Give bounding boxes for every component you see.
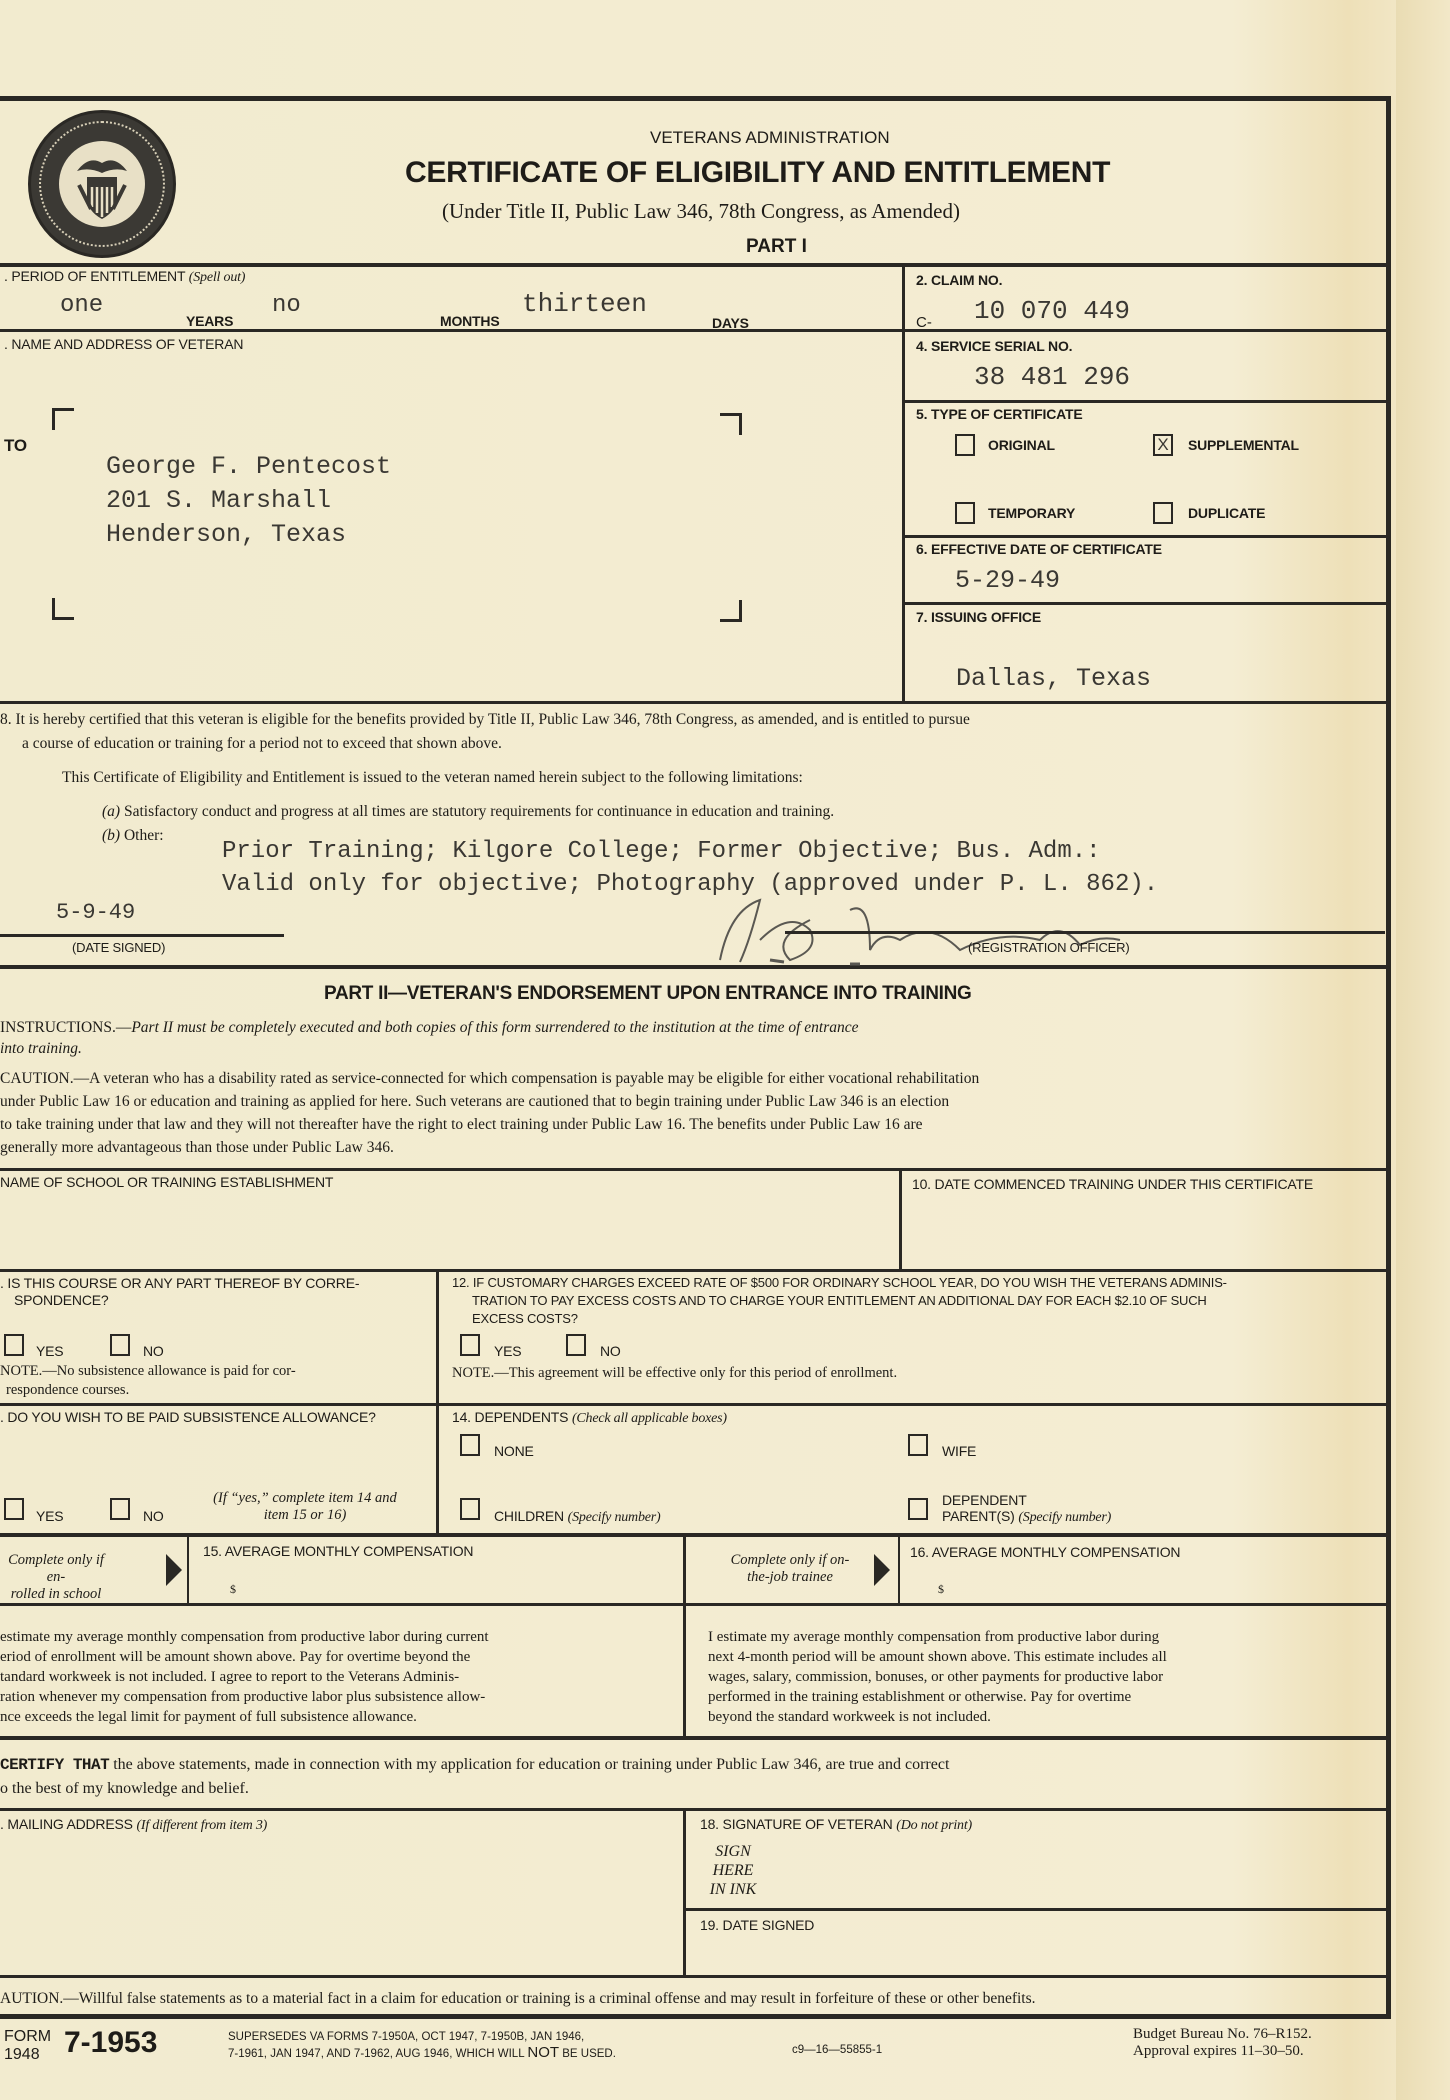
school-name-label: NAME OF SCHOOL OR TRAINING ESTABLISHMENT (0, 1174, 333, 1190)
veteran-certification-cont: o the best of my knowledge and belief. (0, 1778, 249, 1800)
period-of-entitlement-label: . PERIOD OF ENTITLEMENT (Spell out) (4, 268, 245, 286)
service-serial-value[interactable]: 38 481 296 (974, 362, 1130, 392)
months-value[interactable]: no (272, 292, 301, 319)
certification-statement-cont: a course of education or training for a … (22, 733, 502, 755)
ojt-compensation-label: 16. AVERAGE MONTHLY COMPENSATION (910, 1544, 1180, 1560)
school-name-field[interactable] (4, 1196, 884, 1262)
arrow-right-icon (166, 1554, 182, 1586)
ojt-compensation-statement: I estimate my average monthly compensati… (708, 1627, 1167, 1727)
caution-line-4: generally more advantageous than those u… (0, 1137, 394, 1159)
veteran-address[interactable]: George F. Pentecost 201 S. Marshall Hend… (106, 450, 391, 552)
caution-line-2: under Public Law 16 or education and tra… (0, 1091, 949, 1113)
ojt-compensation-currency: $ (938, 1582, 944, 1597)
print-code: c9—16—55855-1 (792, 2044, 882, 2056)
excess-costs-note: NOTE.—This agreement will be effective o… (452, 1362, 897, 1384)
excess-costs-yes-checkbox[interactable] (460, 1334, 480, 1356)
subsistence-yes-checkbox[interactable] (4, 1498, 24, 1520)
parents-label: DEPENDENT PARENT(S) (Specify number) (942, 1492, 1111, 1526)
part-two-caution: CAUTION.—A veteran who has a disability … (0, 1068, 979, 1090)
veteran-signature-label: 18. SIGNATURE OF VETERAN (Do not print) (700, 1816, 972, 1834)
years-value[interactable]: one (60, 292, 103, 319)
dependents-parents-checkbox[interactable] (908, 1498, 928, 1520)
supplemental-checkbox[interactable]: X (1153, 434, 1173, 456)
dependents-none-checkbox[interactable] (460, 1434, 480, 1456)
original-option-label: ORIGINAL (988, 437, 1055, 453)
excess-costs-question-label: 12. IF CUSTOMARY CHARGES EXCEED RATE OF … (452, 1275, 1227, 1290)
part-two-heading: PART II—VETERAN'S ENDORSEMENT UPON ENTRA… (324, 983, 972, 1005)
caution-line-3: to take training under that law and they… (0, 1114, 923, 1136)
limitation-b-label: (b) Other: (102, 825, 164, 847)
excess-costs-no-checkbox[interactable] (566, 1334, 586, 1356)
limitation-a: (a) Satisfactory conduct and progress at… (102, 801, 834, 823)
duplicate-option-label: DUPLICATE (1188, 505, 1265, 521)
claim-number-value[interactable]: 10 070 449 (974, 296, 1130, 326)
address-city-state: Henderson, Texas (106, 518, 391, 552)
date-signed-label: (DATE SIGNED) (72, 940, 165, 955)
temporary-checkbox[interactable] (955, 502, 975, 524)
form-number: 7-1953 (64, 2026, 157, 2060)
original-checkbox[interactable] (955, 434, 975, 456)
veterans-administration-seal-icon (28, 110, 176, 258)
years-label: YEARS (186, 313, 233, 329)
correspondence-note: NOTE.—No subsistence allowance is paid f… (0, 1362, 296, 1400)
correspondence-yes-checkbox[interactable] (4, 1334, 24, 1356)
issuing-office-label: 7. ISSUING OFFICE (916, 609, 1041, 625)
certificate-type-label: 5. TYPE OF CERTIFICATE (916, 406, 1082, 422)
date-commenced-field[interactable] (912, 1198, 1382, 1264)
dependents-label: 14. DEPENDENTS (Check all applicable box… (452, 1409, 727, 1427)
budget-bureau-info: Budget Bureau No. 76–R152. Approval expi… (1133, 2026, 1312, 2060)
school-compensation-field[interactable] (245, 1570, 675, 1600)
supplemental-option-label: SUPPLEMENTAL (1188, 437, 1299, 453)
limitations-intro: This Certificate of Eligibility and Enti… (62, 767, 803, 789)
effective-date-label: 6. EFFECTIVE DATE OF CERTIFICATE (916, 541, 1162, 557)
dependents-wife-checkbox[interactable] (908, 1434, 928, 1456)
months-label: MONTHS (440, 313, 499, 329)
document-title: CERTIFICATE OF ELIGIBILITY AND ENTITLEME… (405, 156, 1110, 190)
school-compensation-statement: estimate my average monthly compensation… (0, 1627, 489, 1727)
ojt-compensation-field[interactable] (952, 1570, 1382, 1600)
paper-edge (1396, 0, 1450, 2100)
subsistence-no-checkbox[interactable] (110, 1498, 130, 1520)
issuing-office-value[interactable]: Dallas, Texas (956, 664, 1151, 693)
duplicate-checkbox[interactable] (1153, 502, 1173, 524)
claim-number-prefix: C- (916, 314, 932, 331)
supersedes-notice: SUPERSEDES VA FORMS 7-1950A, OCT 1947, 7… (228, 2030, 616, 2062)
form-frame (0, 96, 1391, 2019)
correspondence-no-checkbox[interactable] (110, 1334, 130, 1356)
veteran-signature-field[interactable] (780, 1840, 1380, 1902)
date-signed-value[interactable]: 5-9-49 (56, 900, 135, 925)
arrow-right-icon (874, 1554, 890, 1586)
part-two-instructions-cont: into training. (0, 1038, 82, 1060)
part-two-instructions: INSTRUCTIONS.—Part II must be completely… (0, 1017, 859, 1039)
agency-name: VETERANS ADMINISTRATION (650, 128, 890, 148)
days-value[interactable]: thirteen (522, 289, 647, 319)
correspondence-question-label: . IS THIS COURSE OR ANY PART THEREOF BY … (0, 1275, 359, 1291)
certification-statement: 8. It is hereby certified that this vete… (0, 709, 970, 731)
false-statement-caution: AUTION.—Willful false statements as to a… (0, 1988, 1036, 2010)
service-serial-label: 4. SERVICE SERIAL NO. (916, 338, 1072, 354)
ojt-trainee-note: Complete only if on- the-job trainee (700, 1552, 880, 1586)
address-street: 201 S. Marshall (106, 484, 391, 518)
part-one-heading: PART I (746, 236, 807, 258)
effective-date-value[interactable]: 5-29-49 (955, 566, 1060, 595)
name-address-label: . NAME AND ADDRESS OF VETERAN (4, 336, 243, 352)
date-signed-veteran-label: 19. DATE SIGNED (700, 1917, 814, 1933)
claim-number-label: 2. CLAIM NO. (916, 272, 1002, 288)
date-commenced-label: 10. DATE COMMENCED TRAINING UNDER THIS C… (912, 1176, 1313, 1192)
school-compensation-currency: $ (230, 1582, 236, 1597)
children-label: CHILDREN (Specify number) (494, 1508, 661, 1526)
registration-officer-signature-icon (700, 880, 1420, 970)
date-signed-veteran-field[interactable] (700, 1935, 1380, 1971)
mailing-address-label: . MAILING ADDRESS (If different from ite… (0, 1816, 267, 1834)
dependents-children-checkbox[interactable] (460, 1498, 480, 1520)
veteran-certification: CERTIFY THAT the above statements, made … (0, 1754, 949, 1776)
sign-here-in-ink: SIGN HERE IN INK (706, 1842, 760, 1899)
mailing-address-field[interactable] (4, 1840, 674, 1970)
subsistence-question-label: . DO YOU WISH TO BE PAID SUBSISTENCE ALL… (0, 1409, 376, 1425)
school-enrollee-note: Complete only if en- rolled in school (0, 1552, 112, 1603)
school-compensation-label: 15. AVERAGE MONTHLY COMPENSATION (203, 1543, 473, 1559)
temporary-option-label: TEMPORARY (988, 505, 1075, 521)
veteran-name: George F. Pentecost (106, 450, 391, 484)
subsistence-hint: (If “yes,” complete item 14 and item 15 … (180, 1490, 430, 1524)
registration-officer-label: (REGISTRATION OFFICER) (968, 940, 1129, 955)
form-label: FORM 1948 (4, 2028, 51, 2064)
to-label: TO (4, 436, 27, 456)
document-subtitle: (Under Title II, Public Law 346, 78th Co… (442, 199, 960, 224)
days-label: DAYS (712, 315, 749, 331)
